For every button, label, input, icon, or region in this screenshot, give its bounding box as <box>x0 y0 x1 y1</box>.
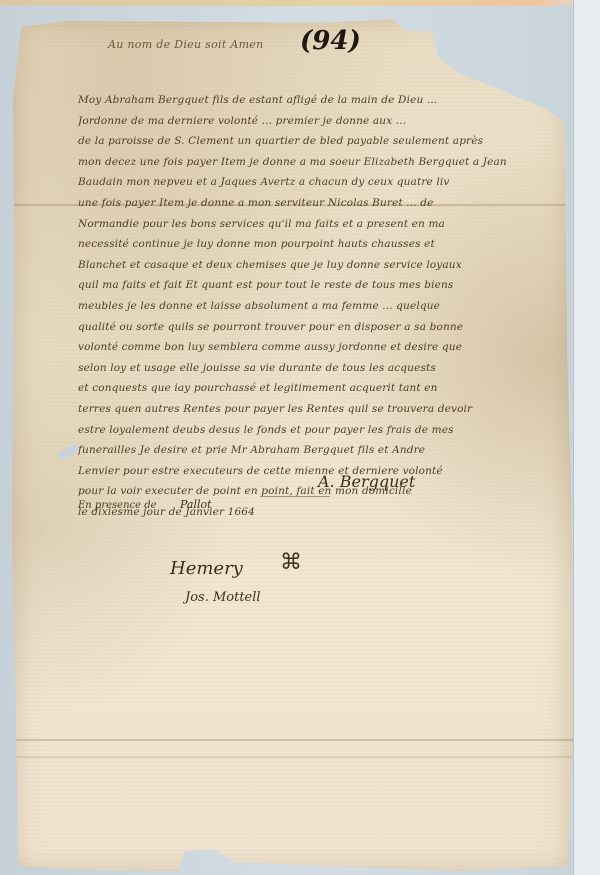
text-line: Jordonne de ma derniere volonté ... prem… <box>78 111 568 132</box>
text-line: Normandie pour les bons services qu'il m… <box>78 214 568 235</box>
signature-underline <box>260 496 330 497</box>
scan-top-edge <box>0 0 600 6</box>
witness-mark-icon: ⌘ <box>278 543 304 583</box>
scan-right-edge <box>573 0 600 875</box>
invocation-heading: Au nom de Dieu soit Amen <box>108 38 264 51</box>
paper-fold-line <box>10 739 573 741</box>
text-line: terres quen autres Rentes pour payer les… <box>78 399 568 420</box>
folio-number: (94) <box>300 26 361 56</box>
text-line: qualité ou sorte quils se pourront trouv… <box>78 317 568 338</box>
paper-fold-line <box>10 756 573 758</box>
text-line: estre loyalement deubs desus le fonds et… <box>78 420 568 441</box>
text-line: necessité continue je luy donne mon pour… <box>78 234 568 255</box>
text-line: et conquests que iay pourchassé et legit… <box>78 378 568 399</box>
text-line: meubles je les donne et laisse absolumen… <box>78 296 568 317</box>
witness-signature: Hemery <box>170 558 243 579</box>
witness-signature: Pallot <box>180 498 212 511</box>
attestation-label: En presence de <box>78 500 157 511</box>
text-line: Baudain mon nepveu et a Jaques Avertz a … <box>78 172 568 193</box>
text-line: Moy Abraham Bergquet fils de estant afli… <box>78 90 568 111</box>
text-line: funerailles Je desire et prie Mr Abraham… <box>78 440 568 461</box>
testament-body: Moy Abraham Bergquet fils de estant afli… <box>78 90 568 522</box>
text-line: Blanchet et casaque et deux chemises que… <box>78 255 568 276</box>
text-line: quil ma faits et fait Et quant est pour … <box>78 275 568 296</box>
text-line: mon decez une fois payer Item je donne a… <box>78 152 568 173</box>
text-line: de la paroisse de S. Clement un quartier… <box>78 131 568 152</box>
witness-signature: Jos. Mottell <box>185 590 261 605</box>
text-line: selon loy et usage elle jouisse sa vie d… <box>78 358 568 379</box>
testator-signature: A. Bergquet <box>318 472 415 491</box>
text-line: volonté comme bon luy semblera comme aus… <box>78 337 568 358</box>
text-line: une fois payer Item je donne a mon servi… <box>78 193 568 214</box>
